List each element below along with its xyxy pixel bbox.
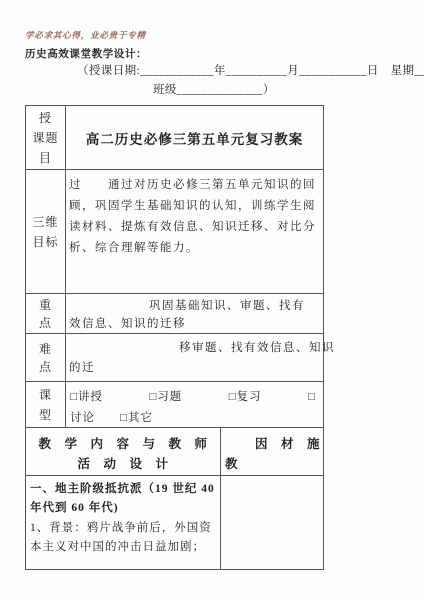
label-line: 点 <box>39 358 52 376</box>
content-header-right-line: 教 <box>221 454 323 474</box>
content-header-left-line: 教 学 内 容 与 教 师 <box>26 434 220 454</box>
row-objectives: 三维 目标 过 通过对历史必修三第五单元知识的回 顾，巩固学生基础知识的认知，训… <box>26 170 323 294</box>
date-line-1: （授课日期:____________年__________月__________… <box>77 62 424 78</box>
objectives-text-line: 析、综合理解等能力。 <box>69 238 322 259</box>
label-line: 课 <box>39 385 52 405</box>
objectives-text-line: 过 通过对历史必修三第五单元知识的回 <box>69 175 322 196</box>
label-line: 重 <box>39 296 52 314</box>
content-body-right-empty <box>221 476 323 569</box>
objectives-text-line: 读材料、提炼有效信息、知识迁移、对比分 <box>69 217 322 238</box>
key-points-text-line: 巩固基础知识、审题、找有 <box>69 297 322 315</box>
course-title-label: 授 课题 目 <box>26 106 66 169</box>
row-difficult-points: 难 点 移审题、找有效信息、知识 的迁 <box>26 334 323 382</box>
row-course-title: 授 课题 目 高二历史必修三第五单元复习教案 <box>26 106 323 170</box>
objectives-label: 三维 目标 <box>26 170 66 293</box>
row-course-type: 课 型 □讲授 □习题 □复习 □ 讨论 □其它 <box>26 382 323 428</box>
course-type-options: □讲授 □习题 □复习 □ 讨论 □其它 <box>66 382 323 427</box>
section-heading-line: 一、地主阶级抵抗派（19 世纪 40 <box>30 480 218 499</box>
body-text-line: 1、背景：鸦片战争前后，外国资 <box>30 519 218 538</box>
course-type-line-1: □讲授 □习题 □复习 □ <box>66 382 323 408</box>
checkbox-lecture: □讲授 <box>70 387 103 408</box>
key-points-text-line: 效信息、知识的迁移 <box>69 315 322 333</box>
content-header-right: 因 材 施 教 <box>221 428 323 475</box>
label-line: 授 <box>39 108 52 128</box>
date-line-2: 班级______________） <box>153 81 275 97</box>
lesson-plan-table: 授 课题 目 高二历史必修三第五单元复习教案 三维 目标 过 通过对历史必修三第… <box>25 105 324 570</box>
content-header-right-line: 因 材 施 <box>221 434 323 454</box>
difficult-points-text: 移审题、找有效信息、知识 的迁 <box>66 334 323 381</box>
label-line: 点 <box>39 314 52 332</box>
body-text-line: 本主义对中国的冲击日益加剧； <box>30 538 218 557</box>
key-points-text: 巩固基础知识、审题、找有 效信息、知识的迁移 <box>66 294 323 333</box>
section-heading-line: 年代到 60 年代) <box>30 499 218 518</box>
key-points-label: 重 点 <box>26 294 66 333</box>
content-header-left-line: 活 动 设 计 <box>26 454 220 474</box>
label-line: 型 <box>39 405 52 425</box>
checkbox-review: □复习 <box>229 387 262 408</box>
checkbox-icon: □ <box>308 387 316 408</box>
label-line: 目 <box>39 148 52 168</box>
content-body-text: 一、地主阶级抵抗派（19 世纪 40 年代到 60 年代) 1、背景：鸦片战争前… <box>26 476 221 569</box>
row-content-body: 一、地主阶级抵抗派（19 世纪 40 年代到 60 年代) 1、背景：鸦片战争前… <box>26 476 323 569</box>
objectives-text: 过 通过对历史必修三第五单元知识的回 顾，巩固学生基础知识的认知，训练学生阅 读… <box>66 170 323 293</box>
label-line: 课题 <box>32 128 58 148</box>
difficult-points-text-line: 的迁 <box>69 358 322 378</box>
difficult-points-label: 难 点 <box>26 334 66 381</box>
label-line: 难 <box>39 340 52 358</box>
label-line: 三维 <box>32 212 58 232</box>
checkbox-exercise: □习题 <box>149 387 182 408</box>
difficult-points-text-line: 移审题、找有效信息、知识 <box>69 338 322 358</box>
label-line: 目标 <box>32 232 58 252</box>
course-type-line-2: 讨论 □其它 <box>66 408 323 429</box>
row-content-header: 教 学 内 容 与 教 师 活 动 设 计 因 材 施 教 <box>26 428 323 476</box>
content-header-left: 教 学 内 容 与 教 师 活 动 设 计 <box>26 428 221 475</box>
course-title-value: 高二历史必修三第五单元复习教案 <box>66 106 323 169</box>
document-page: 学必求其心得，业必贵于专精 历史高效课堂教学设计： （授课日期:________… <box>0 0 424 600</box>
course-type-label: 课 型 <box>26 382 66 427</box>
row-key-points: 重 点 巩固基础知识、审题、找有 效信息、知识的迁移 <box>26 294 323 334</box>
doc-heading: 历史高效课堂教学设计： <box>25 46 147 61</box>
objectives-text-line: 顾，巩固学生基础知识的认知，训练学生阅 <box>69 196 322 217</box>
motto-text: 学必求其心得，业必贵于专精 <box>25 29 146 41</box>
